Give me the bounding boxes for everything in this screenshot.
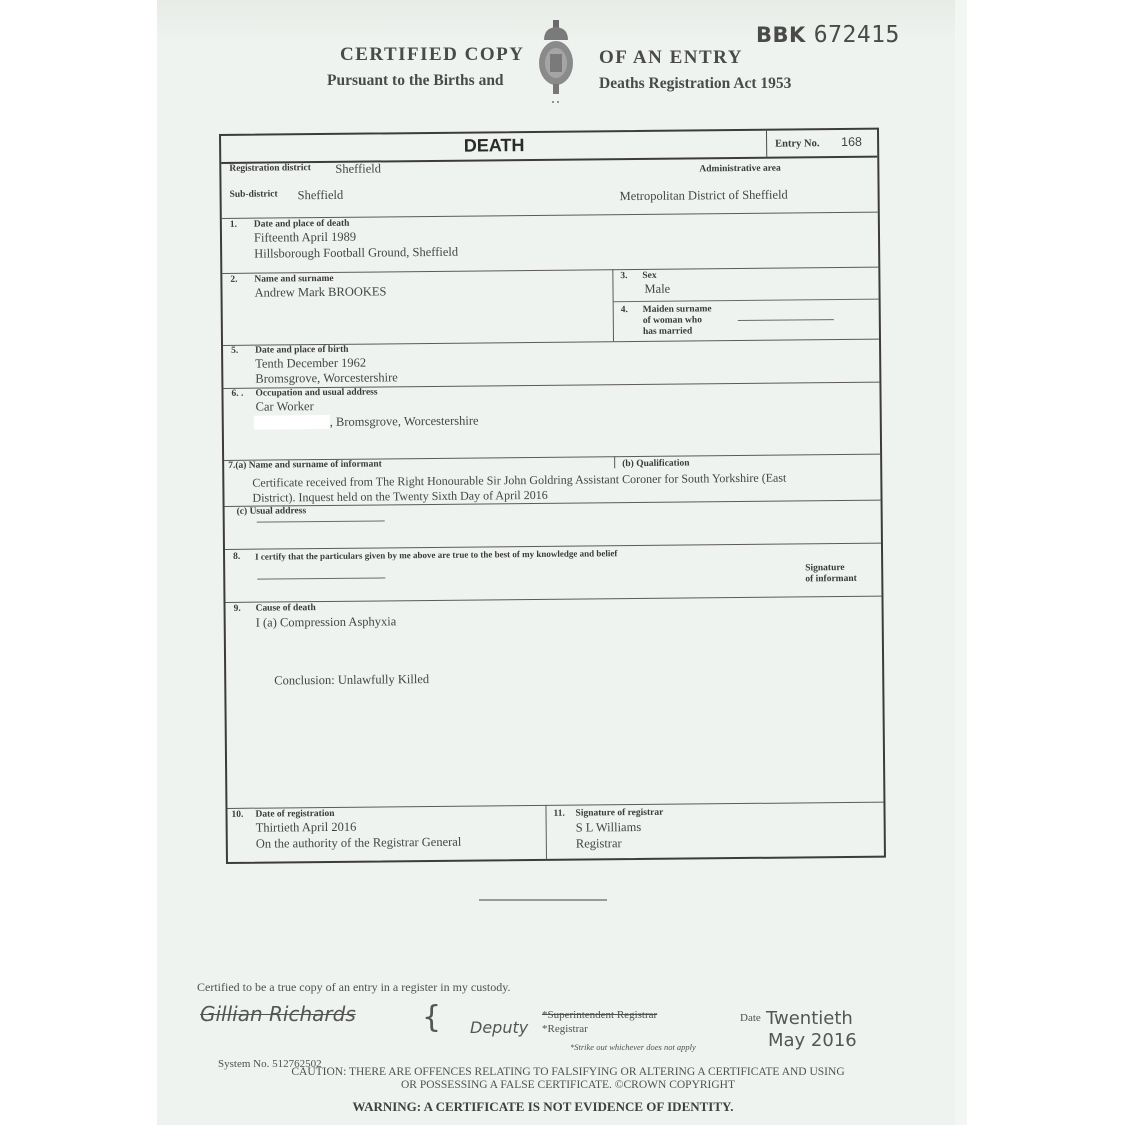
- field-label: (c) Usual address: [237, 506, 307, 517]
- divider: [613, 299, 879, 303]
- signature-blank: [257, 577, 385, 579]
- title-left: CERTIFIED COPY: [340, 44, 525, 66]
- role-struck-out: *Superintendent Registrar: [542, 1009, 657, 1021]
- usual-address: , Bromsgrove, Worcestershire: [330, 414, 479, 430]
- entry-label: Entry No.: [775, 138, 819, 149]
- identity-warning: WARNING: A CERTIFICATE IS NOT EVIDENCE O…: [258, 1099, 828, 1115]
- field-name-sex-maiden: 2. Name and surname Andrew Mark BROOKES …: [222, 267, 879, 346]
- field-number: 11.: [553, 809, 564, 819]
- cause-of-death: I (a) Compression Asphyxia: [256, 614, 397, 630]
- field-cause-of-death: 9. Cause of death I (a) Compression Asph…: [225, 596, 883, 809]
- field-label: Signature of registrar: [575, 808, 663, 819]
- divider: [612, 269, 614, 341]
- administrative-area-label: Administrative area: [699, 164, 780, 175]
- deceased-name: Andrew Mark BROOKES: [254, 284, 386, 300]
- field-number: 5.: [231, 346, 238, 356]
- district-section: Registration district Sheffield Administ…: [221, 156, 878, 219]
- place-of-death: Hillsborough Football Ground, Sheffield: [254, 245, 458, 262]
- signature-label: Signature: [805, 563, 845, 573]
- field-label: I certify that the particulars given by …: [255, 548, 617, 561]
- field-number: 2.: [230, 275, 237, 285]
- certified-date-line1: Twentieth: [766, 1008, 853, 1029]
- deputy-handwritten: Deputy: [470, 1018, 528, 1037]
- death-entry-form: DEATH Entry No. 168 Registration distric…: [219, 128, 886, 864]
- sub-district-value: Sheffield: [298, 188, 344, 203]
- bracket: {: [422, 1000, 441, 1035]
- paper-edge: [955, 0, 967, 1125]
- field-label: Date and place of birth: [255, 345, 349, 356]
- date-of-birth: Tenth December 1962: [255, 356, 366, 372]
- field-informant: 7.(a) Name and surname of informant (b) …: [224, 454, 880, 507]
- registrar-title: Registrar: [576, 836, 622, 851]
- field-occupation-address: 6. . Occupation and usual address Car Wo…: [223, 382, 880, 461]
- field-registration: 10. Date of registration Thirtieth April…: [227, 802, 883, 862]
- signature-label: of informant: [805, 574, 857, 584]
- certified-date-line2: May 2016: [768, 1030, 857, 1051]
- field-label: Date of registration: [255, 809, 334, 820]
- field-label: has married: [643, 326, 692, 336]
- field-label: of woman who: [643, 315, 702, 326]
- address-blank: [257, 520, 385, 522]
- administrative-area-value: Metropolitan District of Sheffield: [620, 188, 788, 205]
- registration-date: Thirtieth April 2016: [256, 820, 357, 836]
- field-number: 3.: [620, 271, 627, 281]
- field-number: 1.: [230, 220, 237, 230]
- form-type-title: DEATH: [221, 133, 767, 159]
- maiden-name-blank: [738, 319, 834, 321]
- separator-line: [479, 899, 607, 901]
- field-date-place-of-birth: 5. Date and place of birth Tenth Decembe…: [223, 339, 879, 389]
- subtitle-right: Deaths Registration Act 1953: [599, 75, 791, 93]
- field-number: 8.: [233, 552, 240, 562]
- role-registrar: *Registrar: [542, 1023, 588, 1035]
- royal-crest-icon: [534, 18, 578, 108]
- serial-digits: 672415: [814, 22, 900, 48]
- registrar-name: S L Williams: [576, 820, 642, 836]
- occupation: Car Worker: [256, 399, 314, 415]
- field-number: 9.: [234, 604, 241, 614]
- field-number: 6. .: [231, 389, 243, 399]
- field-informant-address: (c) Usual address: [225, 500, 881, 550]
- sub-district-label: Sub-district: [230, 189, 278, 199]
- inquest-conclusion: Conclusion: Unlawfully Killed: [274, 672, 429, 688]
- entry-number: 168: [841, 135, 862, 149]
- strike-note: *Strike out whichever does not apply: [570, 1042, 696, 1052]
- field-number: 10.: [231, 810, 243, 820]
- registrar-signature: Gillian Richards: [200, 1002, 356, 1026]
- field-label: Sex: [642, 271, 656, 281]
- serial-prefix: BBK: [756, 23, 806, 47]
- registration-district-label: Registration district: [229, 163, 311, 174]
- place-of-birth: Bromsgrove, Worcestershire: [255, 370, 398, 386]
- certified-statement: Certified to be a true copy of an entry …: [197, 980, 510, 995]
- field-label: Occupation and usual address: [255, 387, 377, 398]
- divider: [545, 805, 547, 859]
- subtitle-left: Pursuant to the Births and: [327, 72, 504, 90]
- field-label: Cause of death: [256, 603, 316, 614]
- date-label: Date: [740, 1012, 761, 1024]
- field-label: 7.(a) Name and surname of informant: [228, 459, 382, 470]
- field-date-place-of-death: 1. Date and place of death Fifteenth Apr…: [222, 212, 879, 274]
- caution-line-2: OR POSSESSING A FALSE CERTIFICATE. ©CROW…: [258, 1079, 878, 1091]
- registration-authority: On the authority of the Registrar Genera…: [256, 835, 462, 852]
- field-label: Name and surname: [254, 274, 333, 285]
- date-of-death: Fifteenth April 1989: [254, 230, 356, 246]
- redacted-address: [254, 415, 330, 430]
- registration-district-value: Sheffield: [335, 161, 381, 176]
- field-number: 4.: [621, 305, 628, 315]
- title-right: OF AN ENTRY: [599, 47, 743, 69]
- caution-line-1: CAUTION: THERE ARE OFFENCES RELATING TO …: [258, 1066, 878, 1078]
- field-label: Maiden surname: [643, 304, 712, 315]
- field-label: Date and place of death: [254, 219, 350, 230]
- divider: [614, 456, 615, 468]
- field-informant-certification: 8. I certify that the particulars given …: [225, 543, 881, 603]
- serial-number: BBK672415: [756, 22, 900, 48]
- sex-value: Male: [644, 282, 670, 297]
- entry-number-box: Entry No. 168: [766, 130, 877, 157]
- field-label: (b) Qualification: [622, 458, 689, 469]
